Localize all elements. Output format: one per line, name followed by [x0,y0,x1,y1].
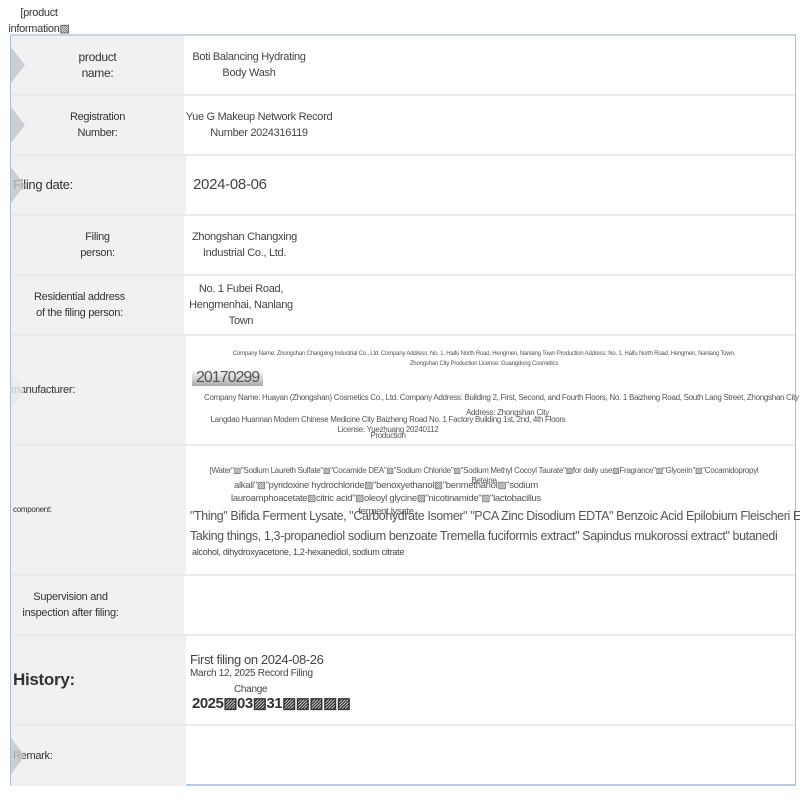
row-label: Filing date: [11,156,186,214]
row-value [186,726,795,786]
row-product-name: product name: Boti Balancing Hydrating B… [11,36,795,96]
manufacturer-line-6: License: Yuezhuang 20240112 [198,422,578,438]
row-label: component: [11,446,186,574]
manufacturer-license-number: 20170299 [192,370,263,386]
row-label: Registration Number: [11,96,184,154]
row-manufacturer: manufacturer: Company Name: Zhongshan Ch… [11,336,795,446]
row-marker-icon [11,372,25,408]
row-residential-address: Residential address of the filing person… [11,276,795,336]
component-line-3: "Thing" Bifida Ferment Lysate, "Carbohyd… [190,506,800,526]
history-change-date: 2025▨03▨31▨▨▨▨▨ [192,696,350,712]
product-info-table: product name: Boti Balancing Hydrating B… [10,34,796,786]
component-line-4: Taking things, 1,3-propanediol sodium be… [190,526,777,546]
component-details: [Water"▨"Sodium Laureth Sulfate"▨"Cocami… [186,446,795,574]
row-label: History: [11,636,186,724]
residential-address-value: No. 1 Fubei Road, Hengmenhai, Nanlang To… [176,281,306,329]
manufacturer-line-3: Company Name: Huayan (Zhongshan) Cosmeti… [204,390,800,406]
row-supervision: Supervision and inspection after filing: [11,576,795,636]
row-value: No. 1 Fubei Road, Hengmenhai, Nanlang To… [184,276,795,334]
row-value: First filing on 2024-08-26 March 12, 202… [186,636,795,724]
component-line-5: alcohol, dihydroxyacetone, 1,2-hexanedio… [192,546,404,558]
history-label: History: [13,672,75,688]
row-component: component: [Water"▨"Sodium Laureth Sulfa… [11,446,795,576]
filing-person-label: Filing person: [73,229,123,261]
row-value: Zhongshan Changxing Industrial Co., Ltd. [184,216,795,274]
manufacturer-details: Company Name: Zhongshan Changxing Indust… [186,336,795,444]
manufacturer-line-1: Company Name: Zhongshan Changxing Indust… [204,350,764,359]
filing-person-value: Zhongshan Changxing Industrial Co., Ltd. [172,229,317,261]
row-marker-icon [11,167,25,203]
row-value: Boti Balancing Hydrating Body Wash [184,36,795,94]
row-marker-icon [11,738,25,774]
section-title: [product information▨ [8,5,70,37]
history-record-filing: March 12, 2025 Record Filing [190,666,313,682]
history-details: First filing on 2024-08-26 March 12, 202… [186,636,795,724]
row-label: product name: [11,36,184,94]
row-history: History: First filing on 2024-08-26 Marc… [11,636,795,726]
registration-number-value: Yue G Makeup Network Record Number 20243… [184,109,334,141]
row-marker-icon [11,47,25,83]
filing-date-value: 2024-08-06 [192,177,267,193]
row-label: Remark: [11,726,186,786]
row-value: 2024-08-06 [186,156,795,214]
product-name-label: product name: [68,49,128,81]
row-label: Filing person: [11,216,184,274]
row-registration-number: Registration Number: Yue G Makeup Networ… [11,96,795,156]
residential-address-label: Residential address of the filing person… [30,289,130,321]
product-name-value: Boti Balancing Hydrating Body Wash [184,49,314,81]
component-label: component: [13,502,52,518]
row-remark: Remark: [11,726,795,786]
row-value [184,576,795,634]
row-value: Company Name: Zhongshan Changxing Indust… [186,336,795,444]
row-label: Supervision and inspection after filing: [11,576,184,634]
manufacturer-line-2: Zhongshan City Production License: Guang… [204,360,764,369]
row-label: manufacturer: [11,336,186,444]
row-marker-icon [11,107,25,143]
row-filing-date: Filing date: 2024-08-06 [11,156,795,216]
row-filing-person: Filing person: Zhongshan Changxing Indus… [11,216,795,276]
row-value: [Water"▨"Sodium Laureth Sulfate"▨"Cocami… [186,446,795,574]
row-value: Yue G Makeup Network Record Number 20243… [184,96,795,154]
supervision-label: Supervision and inspection after filing: [11,589,131,621]
registration-number-label: Registration Number: [63,109,133,141]
row-label: Residential address of the filing person… [11,276,184,334]
